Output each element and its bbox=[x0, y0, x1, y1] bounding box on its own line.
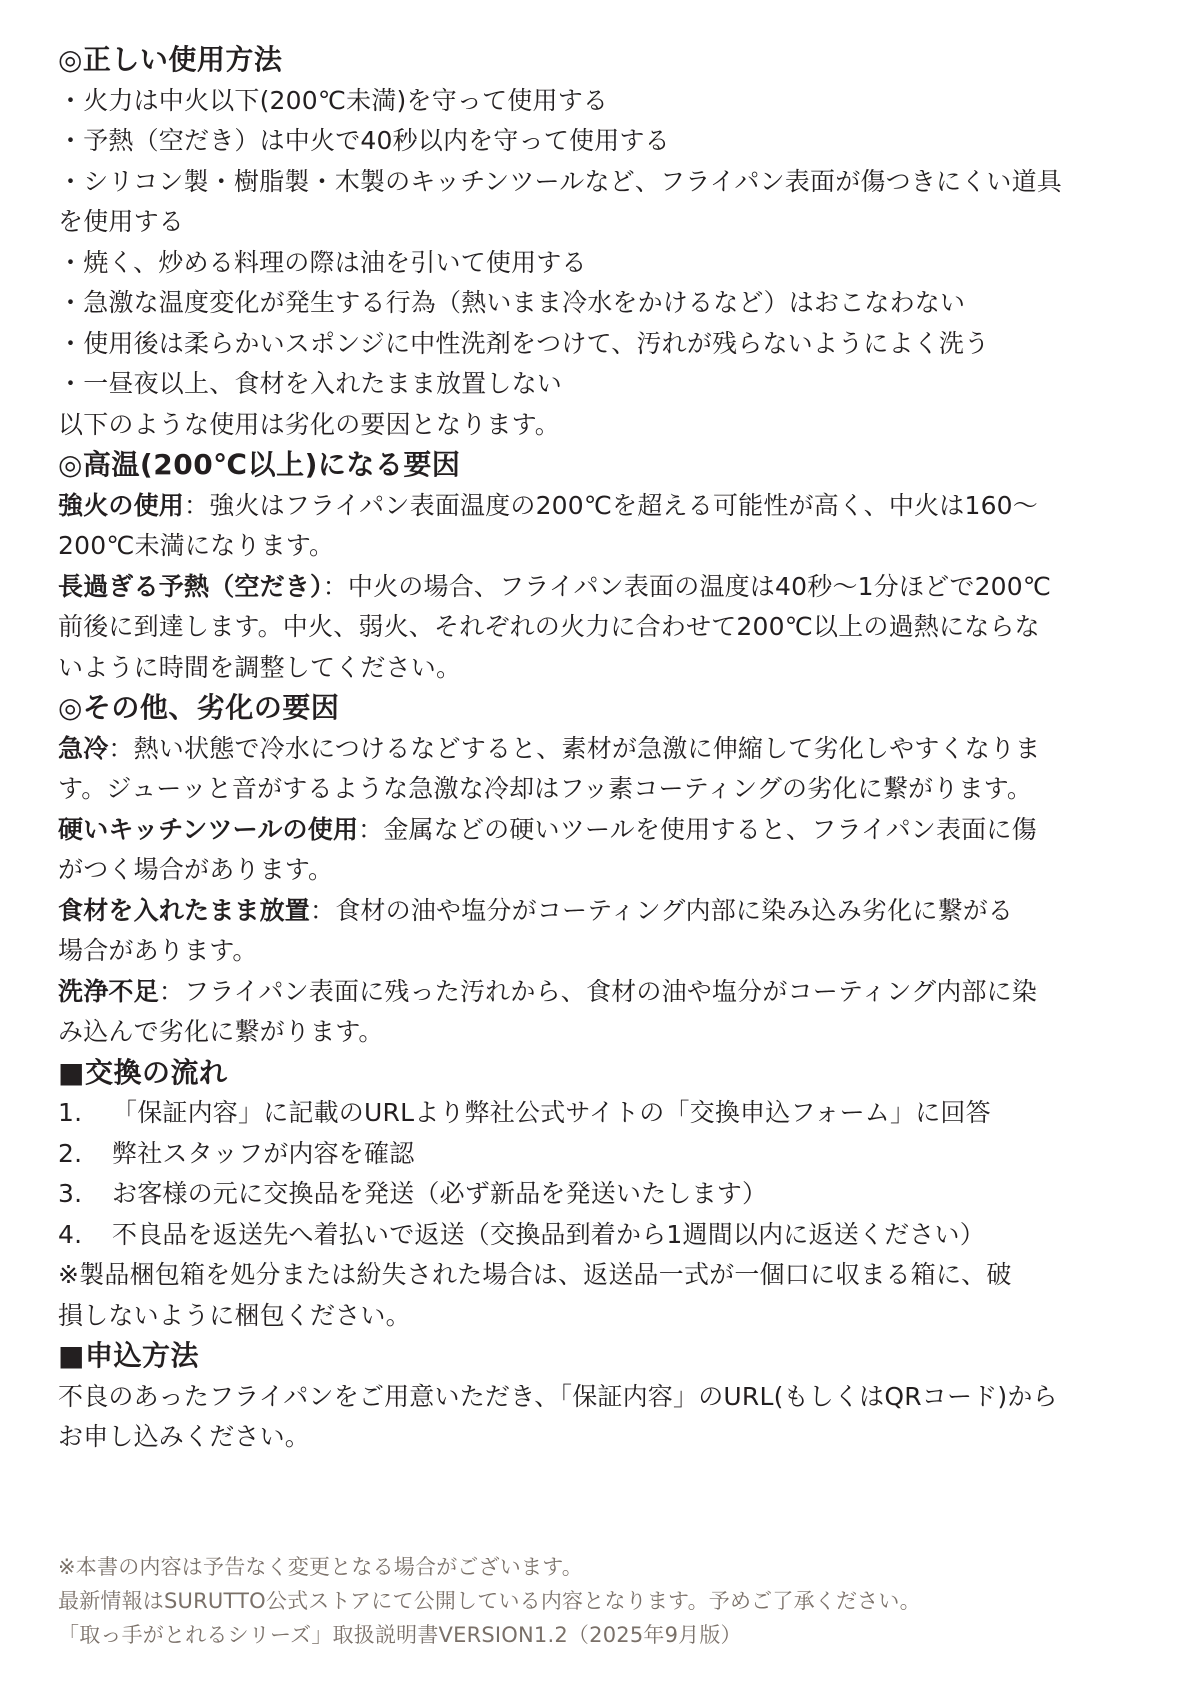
step-text: 「保証内容」に記載のURLより弊社公式サイトの「交換申込フォーム」に回答 bbox=[112, 1098, 991, 1127]
cause-term: 急冷 bbox=[58, 734, 108, 763]
exchange-step: 2.弊社スタッフが内容を確認 bbox=[58, 1134, 1148, 1175]
cause-term: 強火の使用 bbox=[58, 491, 184, 520]
cause-item: 長過ぎる予熱（空だき）：中火の場合、フライパン表面の温度は40秒〜1分ほどで20… bbox=[58, 567, 1148, 608]
exchange-step: 1.「保証内容」に記載のURLより弊社公式サイトの「交換申込フォーム」に回答 bbox=[58, 1093, 1148, 1134]
heading-high-temp-causes: ◎高温(200℃以上)になる要因 bbox=[58, 445, 1148, 486]
cause-text-cont: 場合があります。 bbox=[58, 931, 1148, 972]
usage-line: を使用する bbox=[58, 202, 1148, 243]
step-number: 1. bbox=[58, 1093, 112, 1134]
cause-item: 強火の使用：強火はフライパン表面温度の200℃を超える可能性が高く、中火は160… bbox=[58, 486, 1148, 527]
footer-line: ※本書の内容は予告なく変更となる場合がございます。 bbox=[58, 1550, 921, 1584]
usage-line: ・シリコン製・樹脂製・木製のキッチンツールなど、フライパン表面が傷つきにくい道具 bbox=[58, 162, 1148, 203]
usage-line: ・急激な温度変化が発生する行為（熱いまま冷水をかけるなど）はおこなわない bbox=[58, 283, 1148, 324]
heading-exchange-flow: ■交換の流れ bbox=[58, 1053, 1148, 1094]
step-number: 4. bbox=[58, 1215, 112, 1256]
usage-line: ・一昼夜以上、食材を入れたまま放置しない bbox=[58, 364, 1148, 405]
step-text: 弊社スタッフが内容を確認 bbox=[112, 1139, 414, 1168]
heading-correct-usage: ◎正しい使用方法 bbox=[58, 40, 1148, 81]
apply-text: お申し込みください。 bbox=[58, 1417, 1148, 1458]
cause-term: 洗浄不足 bbox=[58, 977, 159, 1006]
usage-line: ・焼く、炒める料理の際は油を引いて使用する bbox=[58, 243, 1148, 284]
step-text: お客様の元に交換品を発送（必ず新品を発送いたします） bbox=[112, 1179, 767, 1208]
usage-line: 以下のような使用は劣化の要因となります。 bbox=[58, 405, 1148, 446]
exchange-step: 4.不良品を返送先へ着払いで返送（交換品到着から1週間以内に返送ください） bbox=[58, 1215, 1148, 1256]
cause-text: ：金属などの硬いツールを使用すると、フライパン表面に傷 bbox=[358, 815, 1037, 844]
step-number: 2. bbox=[58, 1134, 112, 1175]
cause-text: ：中火の場合、フライパン表面の温度は40秒〜1分ほどで200℃ bbox=[323, 572, 1051, 601]
usage-line: ・予熱（空だき）は中火で40秒以内を守って使用する bbox=[58, 121, 1148, 162]
manual-page: ◎正しい使用方法 ・火力は中火以下(200℃未満)を守って使用する ・予熱（空だ… bbox=[58, 40, 1148, 1458]
cause-item: 急冷：熱い状態で冷水につけるなどすると、素材が急激に伸縮して劣化しやすくなりま bbox=[58, 729, 1148, 770]
apply-text: 不良のあったフライパンをご用意いただき、「保証内容」のURL(もしくはQRコード… bbox=[58, 1377, 1148, 1418]
usage-line: ・使用後は柔らかいスポンジに中性洗剤をつけて、汚れが残らないようによく洗う bbox=[58, 324, 1148, 365]
cause-text-cont: す。ジューッと音がするような急激な冷却はフッ素コーティングの劣化に繋がります。 bbox=[58, 769, 1148, 810]
heading-how-to-apply: ■申込方法 bbox=[58, 1336, 1148, 1377]
footer-notes: ※本書の内容は予告なく変更となる場合がございます。 最新情報はSURUTTO公式… bbox=[58, 1550, 921, 1652]
cause-text: ：強火はフライパン表面温度の200℃を超える可能性が高く、中火は160〜 bbox=[184, 491, 1038, 520]
step-number: 3. bbox=[58, 1174, 112, 1215]
footer-line: 最新情報はSURUTTO公式ストアにて公開している内容となります。予めご了承くだ… bbox=[58, 1584, 921, 1618]
cause-text-cont: がつく場合があります。 bbox=[58, 850, 1148, 891]
cause-term: 食材を入れたまま放置 bbox=[58, 896, 310, 925]
cause-text: ：熱い状態で冷水につけるなどすると、素材が急激に伸縮して劣化しやすくなりま bbox=[108, 734, 1040, 763]
cause-item: 硬いキッチンツールの使用：金属などの硬いツールを使用すると、フライパン表面に傷 bbox=[58, 810, 1148, 851]
heading-other-causes: ◎その他、劣化の要因 bbox=[58, 688, 1148, 729]
cause-text: ：食材の油や塩分がコーティング内部に染み込み劣化に繋がる bbox=[310, 896, 1013, 925]
cause-text-cont: 前後に到達します。中火、弱火、それぞれの火力に合わせて200℃以上の過熱にならな bbox=[58, 607, 1148, 648]
cause-item: 食材を入れたまま放置：食材の油や塩分がコーティング内部に染み込み劣化に繋がる bbox=[58, 891, 1148, 932]
exchange-note: ※製品梱包箱を処分または紛失された場合は、返送品一式が一個口に収まる箱に、破 bbox=[58, 1255, 1148, 1296]
usage-line: ・火力は中火以下(200℃未満)を守って使用する bbox=[58, 81, 1148, 122]
step-text: 不良品を返送先へ着払いで返送（交換品到着から1週間以内に返送ください） bbox=[112, 1220, 985, 1249]
cause-term: 長過ぎる予熱（空だき） bbox=[58, 572, 323, 601]
cause-text-cont: み込んで劣化に繋がります。 bbox=[58, 1012, 1148, 1053]
cause-item: 洗浄不足：フライパン表面に残った汚れから、食材の油や塩分がコーティング内部に染 bbox=[58, 972, 1148, 1013]
cause-text-cont: 200℃未満になります。 bbox=[58, 526, 1148, 567]
footer-version: 「取っ手がとれるシリーズ」取扱説明書VERSION1.2（2025年9月版） bbox=[58, 1618, 921, 1652]
cause-text-cont: いように時間を調整してください。 bbox=[58, 648, 1148, 689]
exchange-note: 損しないように梱包ください。 bbox=[58, 1296, 1148, 1337]
cause-text: ：フライパン表面に残った汚れから、食材の油や塩分がコーティング内部に染 bbox=[159, 977, 1037, 1006]
cause-term: 硬いキッチンツールの使用 bbox=[58, 815, 358, 844]
exchange-step: 3.お客様の元に交換品を発送（必ず新品を発送いたします） bbox=[58, 1174, 1148, 1215]
